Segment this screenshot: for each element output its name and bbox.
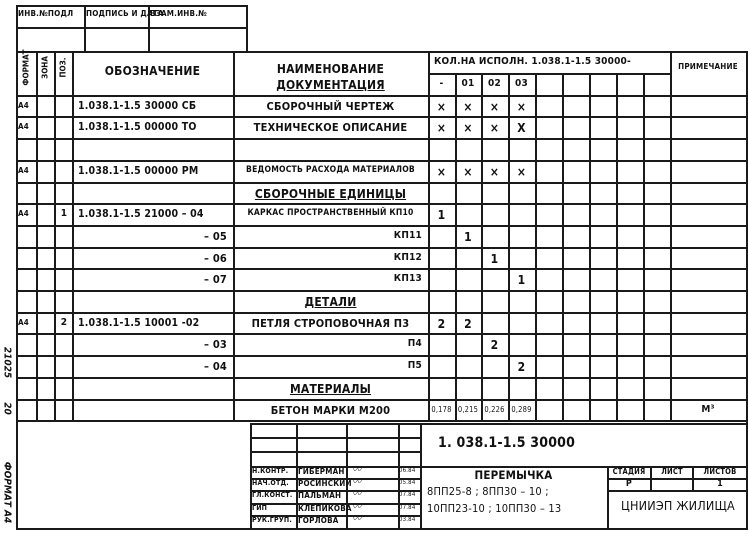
header-top-line <box>16 51 746 53</box>
qty-col-line <box>616 73 618 422</box>
item-title: ПЕРЕМЫЧКА <box>420 470 607 482</box>
row-qty: 1 <box>481 253 508 265</box>
side-sheet: 20 <box>2 369 13 449</box>
row-format: А4 <box>18 167 36 175</box>
header-format: ФОРМАТ <box>22 43 31 93</box>
signature-date: 07.84 <box>399 492 421 498</box>
sheets-label: ЛИСТОВ <box>694 468 746 476</box>
row-line <box>16 420 746 422</box>
header-kol-ispoln: КОЛ.НА ИСПОЛН. 1.038.1-1.5 30000- <box>434 57 674 67</box>
signature-col-line <box>398 423 400 528</box>
stage-row-line2 <box>607 490 746 492</box>
stamp-border-top <box>16 5 248 7</box>
row-line <box>16 268 746 270</box>
header-variant: 01 <box>455 79 481 89</box>
row-line <box>16 333 746 335</box>
row-line <box>16 312 746 314</box>
signature-name: РОСИНСКИЙ <box>298 480 348 488</box>
row-naimenovanie: КП11 <box>233 231 422 241</box>
row-format: А4 <box>18 210 36 218</box>
signature-row-line <box>250 437 422 439</box>
qty-col-line <box>535 73 537 422</box>
row-naimenovanie: ВЕДОМОСТЬ РАСХОДА МАТЕРИАЛОВ <box>233 166 428 175</box>
item-line2: 10ПП23-10 ; 10ПП30 – 13 <box>427 503 607 514</box>
signature-date: 06.84 <box>399 468 421 474</box>
header-variant: 03 <box>508 79 535 89</box>
stamp-inv-podl: ИНВ.№ПОДЛ <box>18 10 84 18</box>
row-oboznachenie: 1.038.1-1.5 10001 -02 <box>78 318 231 329</box>
row-naimenovanie: БЕТОН МАРКИ М200 <box>233 405 428 416</box>
right-border <box>746 51 748 530</box>
row-line <box>16 399 746 401</box>
row-note: М³ <box>670 405 746 415</box>
signature-role: Н.КОНТР. <box>252 468 296 475</box>
col-line <box>54 51 56 422</box>
signature-role: ГЛ.КОНСТ. <box>252 492 296 499</box>
row-qty: × <box>455 101 481 113</box>
row-qty: × <box>508 101 535 113</box>
row-qty: × <box>428 101 455 113</box>
sheet-label: ЛИСТ <box>652 468 692 476</box>
signature-scribble: 〰 <box>352 491 361 500</box>
signature-name: ГИБЕРМАН <box>298 468 348 476</box>
stage-value: Р <box>608 480 650 489</box>
row-line <box>16 355 746 357</box>
qty-col-line <box>562 73 564 422</box>
frame-left <box>16 420 18 530</box>
row-oboznachenie: 1.038.1-1.5 30000 СБ <box>78 101 231 112</box>
signature-scribble: 〰 <box>352 467 361 476</box>
row-naimenovanie: ТЕХНИЧЕСКОЕ ОПИСАНИЕ <box>233 122 428 133</box>
row-line <box>16 160 746 162</box>
signature-role: НАЧ.ОТД. <box>252 480 296 487</box>
row-qty: × <box>428 122 455 134</box>
signature-scribble: 〰 <box>352 504 361 513</box>
section-heading: СБОРОЧНЫЕ ЕДИНИЦЫ <box>233 188 428 200</box>
header-zona: ЗОНА <box>41 43 50 93</box>
signature-name: КЛЕПИКОВА <box>298 505 348 513</box>
row-qty: 0,289 <box>508 406 535 414</box>
header-variant: - <box>428 79 455 89</box>
title-top-line <box>420 423 746 425</box>
signature-row-line <box>250 451 422 453</box>
row-qty: 2 <box>508 361 535 373</box>
row-line <box>16 290 746 292</box>
row-oboznachenie: 1.038.1-1.5 00000 РМ <box>78 166 231 177</box>
row-qty: × <box>455 122 481 134</box>
col-line <box>36 51 38 422</box>
row-qty: × <box>481 122 508 134</box>
row-qty: 1 <box>508 274 535 286</box>
signature-role: ГИП <box>252 505 296 512</box>
row-qty: 0,215 <box>455 406 481 414</box>
signature-scribble: 〰 <box>352 516 361 525</box>
header-oboznachenie: ОБОЗНАЧЕНИЕ <box>72 65 233 77</box>
row-naimenovanie: КП13 <box>233 274 422 284</box>
row-oboznachenie: – 03 <box>163 339 227 350</box>
row-oboznachenie: – 04 <box>163 361 227 372</box>
section-heading: МАТЕРИАЛЫ <box>233 383 428 395</box>
signature-scribble: 〰 <box>352 479 361 488</box>
signature-date: 03.84 <box>399 517 421 523</box>
side-format: ФОРМАТ А4 <box>2 453 13 533</box>
row-oboznachenie: – 07 <box>163 274 227 285</box>
row-line <box>16 377 746 379</box>
signature-name: ГОРЛОВА <box>298 517 348 525</box>
row-oboznachenie: – 06 <box>163 253 227 264</box>
row-naimenovanie: КП12 <box>233 253 422 263</box>
col-line <box>72 51 74 422</box>
qty-col-line <box>589 73 591 422</box>
row-line <box>16 182 746 184</box>
item-line1: 8ПП25-8 ; 8ПП30 – 10 ; <box>427 486 607 497</box>
signature-date: 07.84 <box>399 505 421 511</box>
signature-row-line <box>250 423 422 425</box>
row-qty: 1 <box>428 209 455 221</box>
sheets-value: 1 <box>694 480 746 489</box>
signature-col-line <box>250 423 252 528</box>
row-line <box>16 203 746 205</box>
header-naimenovanie: НАИМЕНОВАНИЕ <box>233 63 428 75</box>
row-oboznachenie: 1.038.1-1.5 00000 ТО <box>78 122 231 133</box>
stamp-vzam-inv: ВЗАМ.ИНВ.№ <box>150 10 246 18</box>
row-oboznachenie: 1.038.1-1.5 21000 – 04 <box>78 209 231 220</box>
row-qty: × <box>428 166 455 178</box>
signature-role: РУК.ГРУП. <box>252 517 296 524</box>
doc-number: 1. 038.1-1.5 30000 <box>438 436 718 450</box>
section-heading: ДЕТАЛИ <box>233 296 428 308</box>
row-qty: × <box>455 166 481 178</box>
header-sub-line <box>428 73 670 75</box>
row-qty: 0,178 <box>428 406 455 414</box>
signature-row-line <box>250 528 422 530</box>
row-oboznachenie: – 05 <box>163 231 227 242</box>
row-line <box>16 116 746 118</box>
row-format: А4 <box>18 123 36 131</box>
row-naimenovanie: П4 <box>233 339 422 349</box>
stamp-right <box>246 5 248 53</box>
row-qty: × <box>481 101 508 113</box>
row-line <box>16 138 746 140</box>
row-format: А4 <box>18 102 36 110</box>
stamp-divider <box>16 27 248 29</box>
header-variant: 02 <box>481 79 508 89</box>
row-naimenovanie: КАРКАС ПРОСТРАНСТВЕННЫЙ КП10 <box>233 209 428 218</box>
stamp-podpis-data: ПОДПИСЬ И ДАТА <box>86 10 148 18</box>
header-primechanie: ПРИМЕЧАНИЕ <box>670 63 746 71</box>
row-poz: 1 <box>56 209 72 219</box>
row-poz: 2 <box>56 318 72 328</box>
row-naimenovanie: П5 <box>233 361 422 371</box>
row-line <box>16 95 746 97</box>
signature-name: ПАЛЬМАН <box>298 492 348 500</box>
row-qty: 2 <box>455 318 481 330</box>
section-heading: ДОКУМЕНТАЦИЯ <box>233 79 428 91</box>
row-qty: 0,226 <box>481 406 508 414</box>
row-format: А4 <box>18 319 36 327</box>
row-qty: X <box>508 122 535 134</box>
row-naimenovanie: СБОРОЧНЫЙ ЧЕРТЕЖ <box>233 101 428 112</box>
signature-date: 05.84 <box>399 480 421 486</box>
row-line <box>16 247 746 249</box>
row-qty: 2 <box>428 318 455 330</box>
header-poz: ПОЗ. <box>59 43 68 93</box>
row-naimenovanie: ПЕТЛЯ СТРОПОВОЧНАЯ П3 <box>233 318 428 329</box>
note-col-line <box>670 51 672 422</box>
stage-label: СТАДИЯ <box>608 468 650 476</box>
row-qty: × <box>508 166 535 178</box>
row-qty: 1 <box>455 231 481 243</box>
organization: ЦНИИЭП ЖИЛИЩА <box>610 500 746 513</box>
row-line <box>16 225 746 227</box>
row-qty: × <box>481 166 508 178</box>
qty-col-line <box>643 73 645 422</box>
row-qty: 2 <box>481 339 508 351</box>
